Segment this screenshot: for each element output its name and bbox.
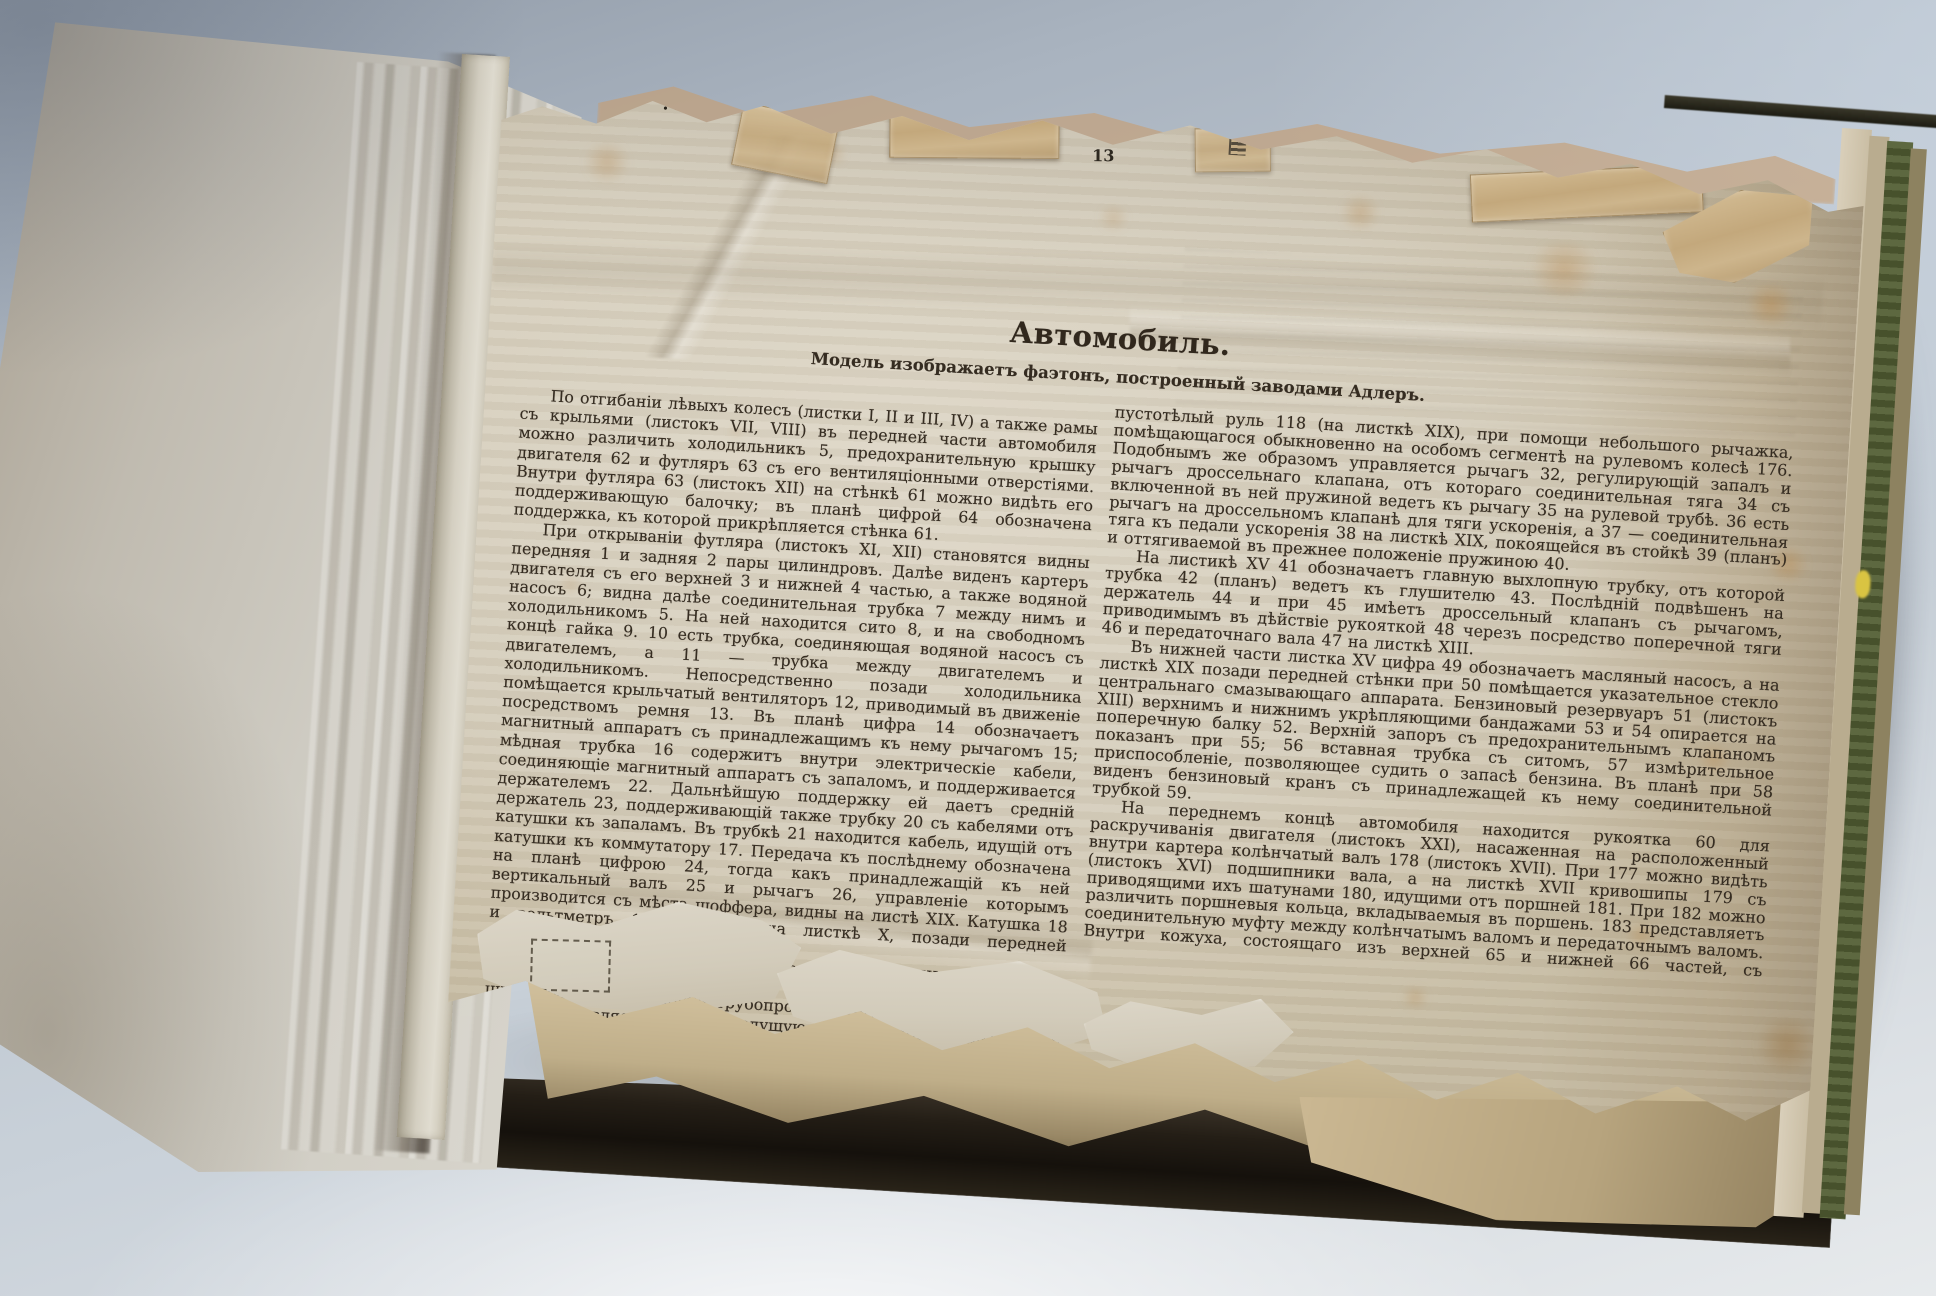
foxing-stain: [1399, 986, 1430, 1010]
stamp-box: [530, 939, 611, 993]
text-column-right: пустотѣлый руль 118 (на листкѣ XIX), при…: [1083, 403, 1794, 980]
foxing-stain: [1336, 194, 1384, 231]
photo-of-open-book: ••• 13 Автомобиль. Модель изображаетъ фа…: [0, 0, 1936, 1296]
foxing-stain: [1752, 1015, 1821, 1075]
paragraph: При открываніи футляра (листокъ XI, XII)…: [488, 519, 1090, 975]
foxing-stain: [1096, 204, 1132, 232]
page-number-fragment: 13: [1092, 146, 1114, 165]
book-cover-top-edge: [1664, 95, 1936, 130]
